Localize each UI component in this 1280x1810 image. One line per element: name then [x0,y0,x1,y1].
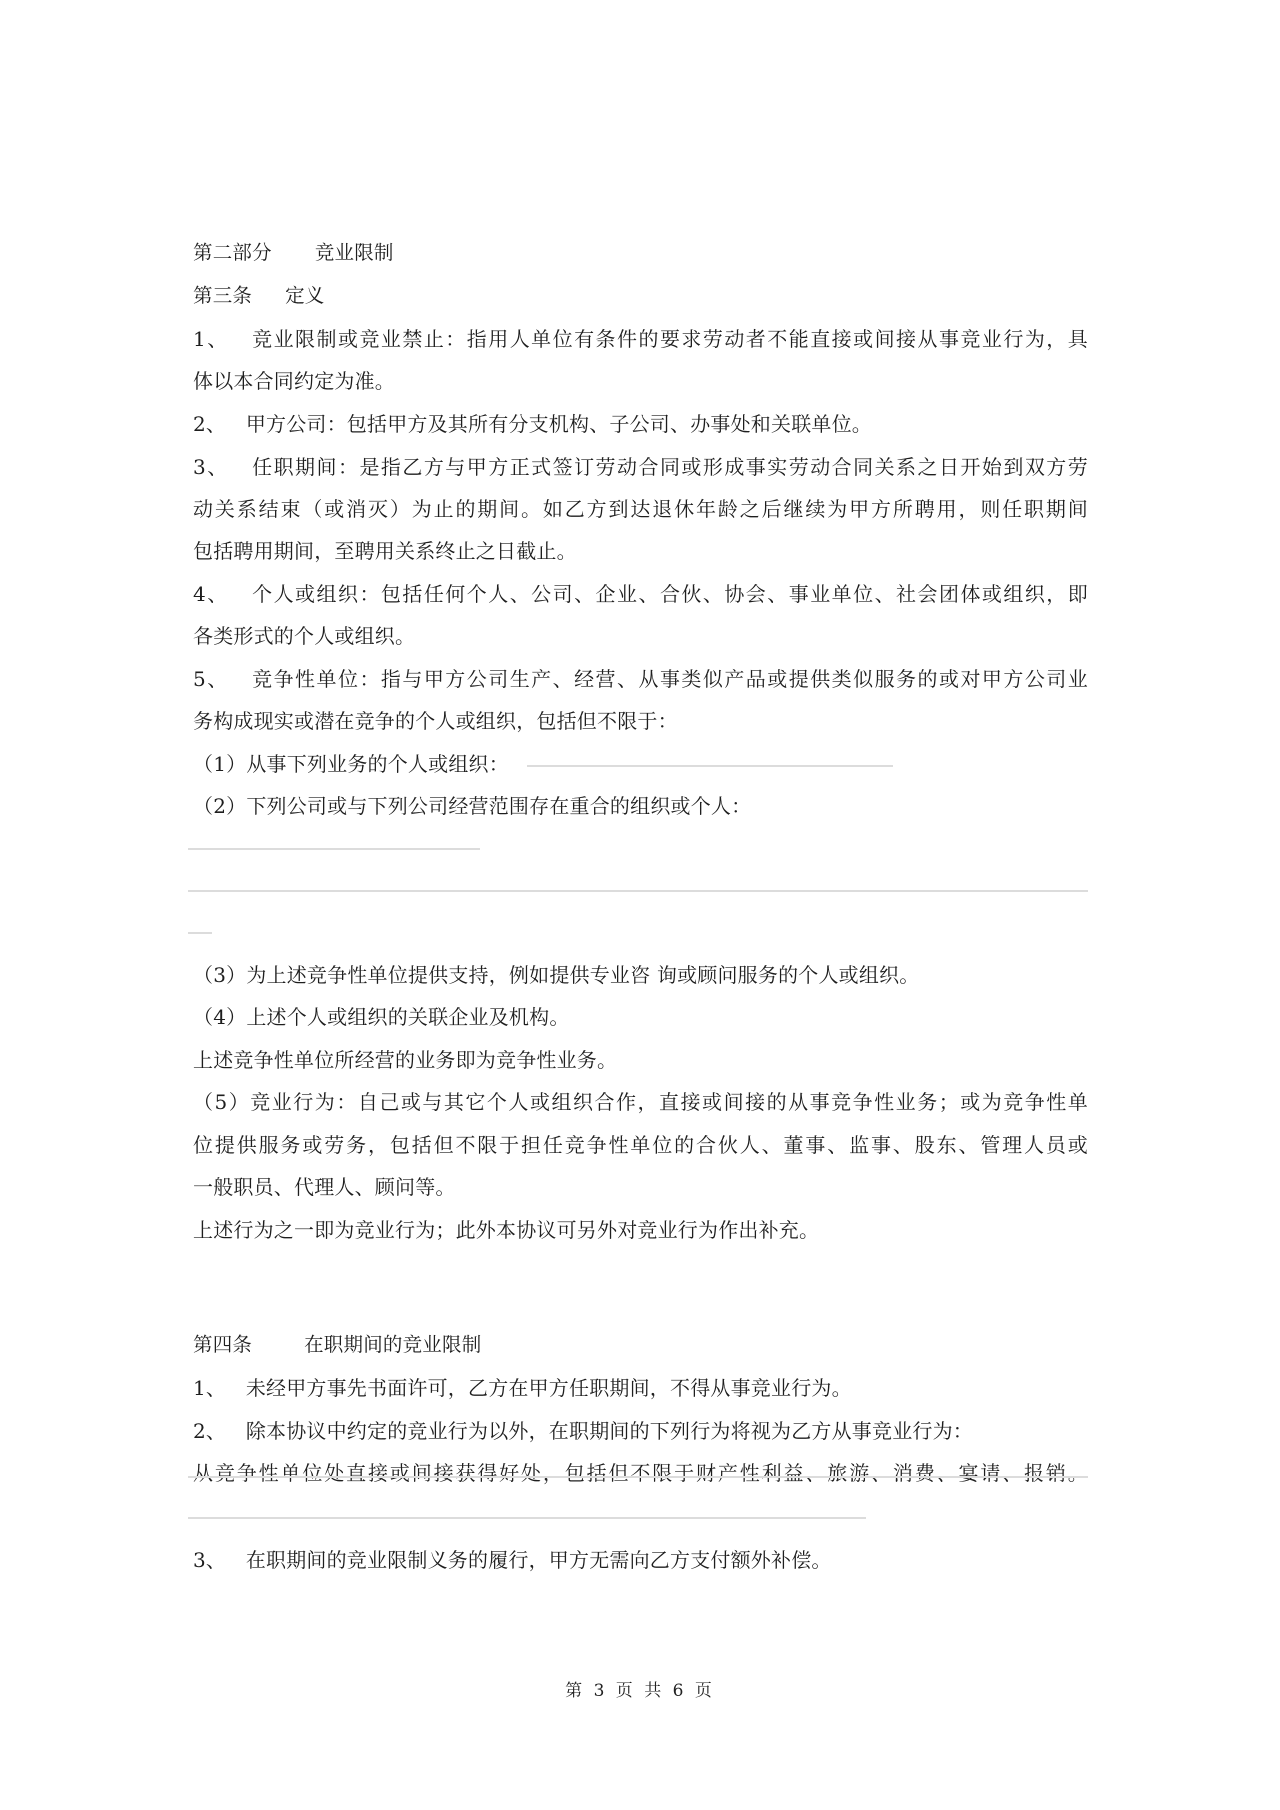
article-3-item-3-line-3: 包括聘用期间，至聘用关系终止之日截止。 [193,538,1088,564]
part-heading-title: 竞业限制 [315,241,394,264]
article-4-label: 第四条 [193,1333,252,1356]
item-number: 3、 [193,1548,226,1572]
sub-item-5-line-3: 一般职员、代理人、顾问等。 [193,1174,1088,1200]
article-3-item-4-line-1: 4、 个人或组织：包括任何个人、公司、企业、合伙、协会、事业单位、社会团体或组织… [193,581,1088,607]
item-text: 除本协议中约定的竞业行为以外，在职期间的下列行为将视为乙方从事竞业行为： [246,1419,973,1443]
article-3-title: 定义 [285,284,324,307]
part-heading: 第二部分竞业限制 [193,240,1088,266]
item-text: 个人或组织：包括任何个人、公司、企业、合伙、协会、事业单位、社会团体或组织，即 [252,582,1088,606]
sub-item-2: （2）下列公司或与下列公司经营范围存在重合的组织或个人： [193,793,1088,819]
item-text: 在职期间的竞业限制义务的履行，甲方无需向乙方支付额外补偿。 [246,1548,832,1572]
part-heading-label: 第二部分 [193,241,272,264]
item-number: 5、 [193,667,229,691]
blank-fill-line-3 [188,890,1088,892]
article-3-item-1-line-1: 1、 竞业限制或竞业禁止：指用人单位有条件的要求劳动者不能直接或间接从事竞业行为… [193,326,1088,352]
sub-item-1: （1）从事下列业务的个人或组织： [193,751,1088,777]
sub-item-5-line-2: 位提供服务或劳务，包括但不限于担任竞争性单位的合伙人、董事、监事、股东、管理人员… [193,1132,1088,1158]
item-number: 1、 [193,1376,226,1400]
item-number: 2、 [193,1419,226,1443]
item-text: 任职期间：是指乙方与甲方正式签订劳动合同或形成事实劳动合同关系之日开始到双方劳 [252,455,1088,479]
item-text: 竞业限制或竞业禁止：指用人单位有条件的要求劳动者不能直接或间接从事竞业行为，具 [252,327,1088,351]
item-number: 1、 [193,327,229,351]
page-number-footer: 第 3 页 共 6 页 [0,1679,1280,1703]
article-4-item-2: 2、 除本协议中约定的竞业行为以外，在职期间的下列行为将视为乙方从事竞业行为： [193,1418,1088,1444]
competitive-behavior-summary: 上述行为之一即为竞业行为；此外本协议可另外对竞业行为作出补充。 [193,1217,1088,1243]
article-4-heading: 第四条在职期间的竞业限制 [193,1332,1088,1358]
article-3-item-5-line-2: 务构成现实或潜在竞争的个人或组织，包括但不限于： [193,708,1088,734]
item-number: 2、 [193,412,226,436]
blank-fill-line-2 [188,848,480,850]
article-4-item-3: 3、 在职期间的竞业限制义务的履行，甲方无需向乙方支付额外补偿。 [193,1547,1088,1573]
sub-item-3: （3）为上述竞争性单位提供支持，例如提供专业咨 询或顾问服务的个人或组织。 [193,962,1088,988]
article-3-item-4-line-2: 各类形式的个人或组织。 [193,623,1088,649]
item-text: 未经甲方事先书面许可，乙方在甲方任职期间，不得从事竞业行为。 [246,1376,852,1400]
article-4-item-2-detail: 从竞争性单位处直接或间接获得好处，包括但不限于财产性利益、旅游、消费、宴请、报销… [193,1460,1088,1486]
article-3-item-2: 2、 甲方公司：包括甲方及其所有分支机构、子公司、办事处和关联单位。 [193,411,1088,437]
detail-underline [188,1476,1088,1478]
article-3-label: 第三条 [193,284,252,307]
blank-fill-line-5 [188,1517,866,1519]
item-number: 4、 [193,582,229,606]
item-text: 竞争性单位：指与甲方公司生产、经营、从事类似产品或提供类似服务的或对甲方公司业 [252,667,1088,691]
article-3-heading: 第三条定义 [193,283,1088,309]
article-3-item-5-line-1: 5、 竞争性单位：指与甲方公司生产、经营、从事类似产品或提供类似服务的或对甲方公… [193,666,1088,692]
article-4-item-1: 1、 未经甲方事先书面许可，乙方在甲方任职期间，不得从事竞业行为。 [193,1375,1088,1401]
sub-item-5-line-1: （5）竞业行为：自己或与其它个人或组织合作，直接或间接的从事竞争性业务；或为竞争… [193,1089,1088,1115]
item-number: 3、 [193,455,229,479]
article-3-item-3-line-2: 动关系结束（或消灭）为止的期间。如乙方到达退休年龄之后继续为甲方所聘用，则任职期… [193,496,1088,522]
article-3-item-1-line-2: 体以本合同约定为准。 [193,368,1088,394]
blank-fill-line-4 [188,932,212,934]
competitive-business-summary: 上述竞争性单位所经营的业务即为竞争性业务。 [193,1047,1088,1073]
document-page: 第二部分竞业限制 第三条定义 1、 竞业限制或竞业禁止：指用人单位有条件的要求劳… [0,0,1280,1810]
article-3-item-3-line-1: 3、 任职期间：是指乙方与甲方正式签订劳动合同或形成事实劳动合同关系之日开始到双… [193,454,1088,480]
item-text: 甲方公司：包括甲方及其所有分支机构、子公司、办事处和关联单位。 [246,412,872,436]
sub-item-4: （4）上述个人或组织的关联企业及机构。 [193,1004,1088,1030]
blank-fill-line-1 [527,765,893,767]
article-4-title: 在职期间的竞业限制 [304,1333,481,1356]
